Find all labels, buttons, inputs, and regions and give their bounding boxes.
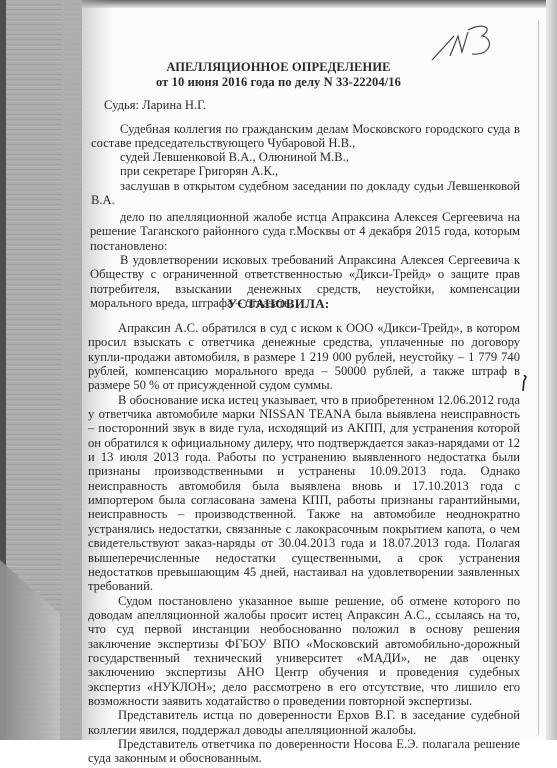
scan-right-fold-line xyxy=(538,20,539,735)
intro-line-6: В.А. xyxy=(91,193,115,207)
section-heading: УСТАНОВИЛА: xyxy=(0,296,557,312)
intro-line-5: заслушав в открытом судебном заседании п… xyxy=(120,179,520,193)
judge-line: Судья: Ларина Н.Г. xyxy=(104,98,206,112)
document-title: АПЕЛЛЯЦИОННОЕ ОПРЕДЕЛЕНИЕ xyxy=(0,60,557,75)
scanned-page: АПЕЛЛЯЦИОННОЕ ОПРЕДЕЛЕНИЕ от 10 июня 201… xyxy=(0,0,557,768)
intro-line-3: судей Левшенковой В.А., Олюниной М.В., xyxy=(120,150,349,164)
paragraph-claim: Апраксин А.С. обратился в суд с иском к … xyxy=(88,321,520,393)
intro-line-2: составе председательствующего Чубаровой … xyxy=(91,136,355,150)
handwritten-page-number xyxy=(428,22,498,64)
paragraph-appeal: Судом постановлено указанное выше решени… xyxy=(88,594,520,709)
body-paragraphs: Апраксин А.С. обратился в суд с иском к … xyxy=(88,321,520,766)
scan-right-edge xyxy=(546,0,557,740)
case-paragraph-text: дело по апелляционной жалобе истца Апрак… xyxy=(90,210,520,253)
document-subtitle: от 10 июня 2016 года по делу N 33-22204/… xyxy=(0,75,557,90)
paragraph-plaintiff-rep: Представитель истца по доверенности Ерхо… xyxy=(88,708,520,737)
paragraph-defendant-rep: Представитель ответчика по доверенности … xyxy=(88,737,520,766)
intro-line-1: Судебная коллегия по гражданским делам М… xyxy=(120,122,520,136)
paragraph-grounds: В обоснование иска истец указывает, что … xyxy=(88,393,520,594)
intro-line-4: при секретаре Григорян А.К., xyxy=(120,164,278,178)
case-paragraph: дело по апелляционной жалобе истца Апрак… xyxy=(90,210,520,253)
ink-mark xyxy=(521,375,527,391)
